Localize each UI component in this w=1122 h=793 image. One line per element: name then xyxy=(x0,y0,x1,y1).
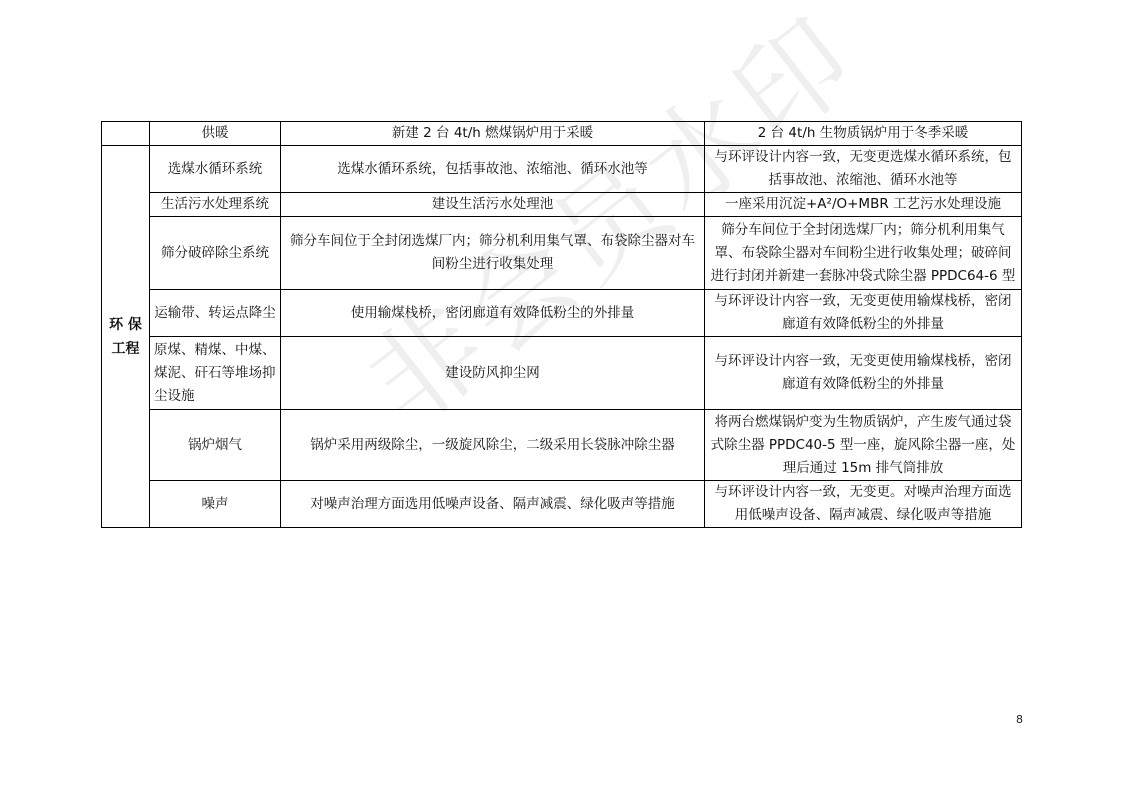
page-number: 8 xyxy=(1016,713,1023,726)
table-row-heating: 供暖 新建 2 台 4t/h 燃煤锅炉用于采暖 2 台 4t/h 生物质锅炉用于… xyxy=(102,122,1022,146)
original-design-cell: 使用输煤栈桥，密闭廊道有效降低粉尘的外排量 xyxy=(281,290,705,337)
original-design-cell: 建设防风抑尘网 xyxy=(281,337,705,410)
table-row: 环 保 工程 选煤水循环系统 选煤水循环系统，包括事故池、浓缩池、循环水池等 与… xyxy=(102,146,1022,193)
actual-construction-cell: 筛分车间位于全封闭选煤厂内；筛分机利用集气罩、布袋除尘器对车间粉尘进行收集处理；… xyxy=(705,217,1022,290)
category-cell-environmental-engineering: 环 保 工程 xyxy=(102,146,150,528)
item-cell: 原煤、精煤、中煤、煤泥、矸石等堆场抑尘设施 xyxy=(150,337,281,410)
table-row: 噪声 对噪声治理方面选用低噪声设备、隔声减震、绿化吸声等措施 与环评设计内容一致… xyxy=(102,481,1022,528)
table-row: 运输带、转运点降尘 使用输煤栈桥，密闭廊道有效降低粉尘的外排量 与环评设计内容一… xyxy=(102,290,1022,337)
original-design-cell: 选煤水循环系统，包括事故池、浓缩池、循环水池等 xyxy=(281,146,705,193)
item-cell: 锅炉烟气 xyxy=(150,410,281,481)
actual-construction-cell: 与环评设计内容一致，无变更使用输煤栈桥，密闭廊道有效降低粉尘的外排量 xyxy=(705,290,1022,337)
actual-construction-cell: 与环评设计内容一致，无变更。对噪声治理方面选用低噪声设备、隔声减震、绿化吸声等措… xyxy=(705,481,1022,528)
item-cell: 供暖 xyxy=(150,122,281,146)
item-cell: 生活污水处理系统 xyxy=(150,193,281,217)
actual-construction-cell: 2 台 4t/h 生物质锅炉用于冬季采暖 xyxy=(705,122,1022,146)
original-design-cell: 新建 2 台 4t/h 燃煤锅炉用于采暖 xyxy=(281,122,705,146)
item-cell: 选煤水循环系统 xyxy=(150,146,281,193)
category-label-line-1: 环 保 xyxy=(106,313,145,337)
table-row: 原煤、精煤、中煤、煤泥、矸石等堆场抑尘设施 建设防风抑尘网 与环评设计内容一致，… xyxy=(102,337,1022,410)
actual-construction-cell: 与环评设计内容一致，无变更使用输煤栈桥，密闭廊道有效降低粉尘的外排量 xyxy=(705,337,1022,410)
item-cell: 噪声 xyxy=(150,481,281,528)
actual-construction-cell: 与环评设计内容一致，无变更选煤水循环系统，包括事故池、浓缩池、循环水池等 xyxy=(705,146,1022,193)
original-design-cell: 锅炉采用两级除尘，一级旋风除尘，二级采用长袋脉冲除尘器 xyxy=(281,410,705,481)
item-cell: 筛分破碎除尘系统 xyxy=(150,217,281,290)
original-design-cell: 建设生活污水处理池 xyxy=(281,193,705,217)
table-row: 生活污水处理系统 建设生活污水处理池 一座采用沉淀+A²/O+MBR 工艺污水处… xyxy=(102,193,1022,217)
actual-construction-cell: 一座采用沉淀+A²/O+MBR 工艺污水处理设施 xyxy=(705,193,1022,217)
actual-construction-cell: 将两台燃煤锅炉变为生物质锅炉，产生废气通过袋式除尘器 PPDC40-5 型一座，… xyxy=(705,410,1022,481)
table-row: 筛分破碎除尘系统 筛分车间位于全封闭选煤厂内；筛分机利用集气罩、布袋除尘器对车间… xyxy=(102,217,1022,290)
table-row: 锅炉烟气 锅炉采用两级除尘，一级旋风除尘，二级采用长袋脉冲除尘器 将两台燃煤锅炉… xyxy=(102,410,1022,481)
original-design-cell: 对噪声治理方面选用低噪声设备、隔声减震、绿化吸声等措施 xyxy=(281,481,705,528)
item-cell: 运输带、转运点降尘 xyxy=(150,290,281,337)
category-cell-empty xyxy=(102,122,150,146)
category-label-line-2: 工程 xyxy=(106,337,145,361)
environmental-engineering-table: 供暖 新建 2 台 4t/h 燃煤锅炉用于采暖 2 台 4t/h 生物质锅炉用于… xyxy=(101,121,1022,528)
original-design-cell: 筛分车间位于全封闭选煤厂内；筛分机利用集气罩、布袋除尘器对车间粉尘进行收集处理 xyxy=(281,217,705,290)
